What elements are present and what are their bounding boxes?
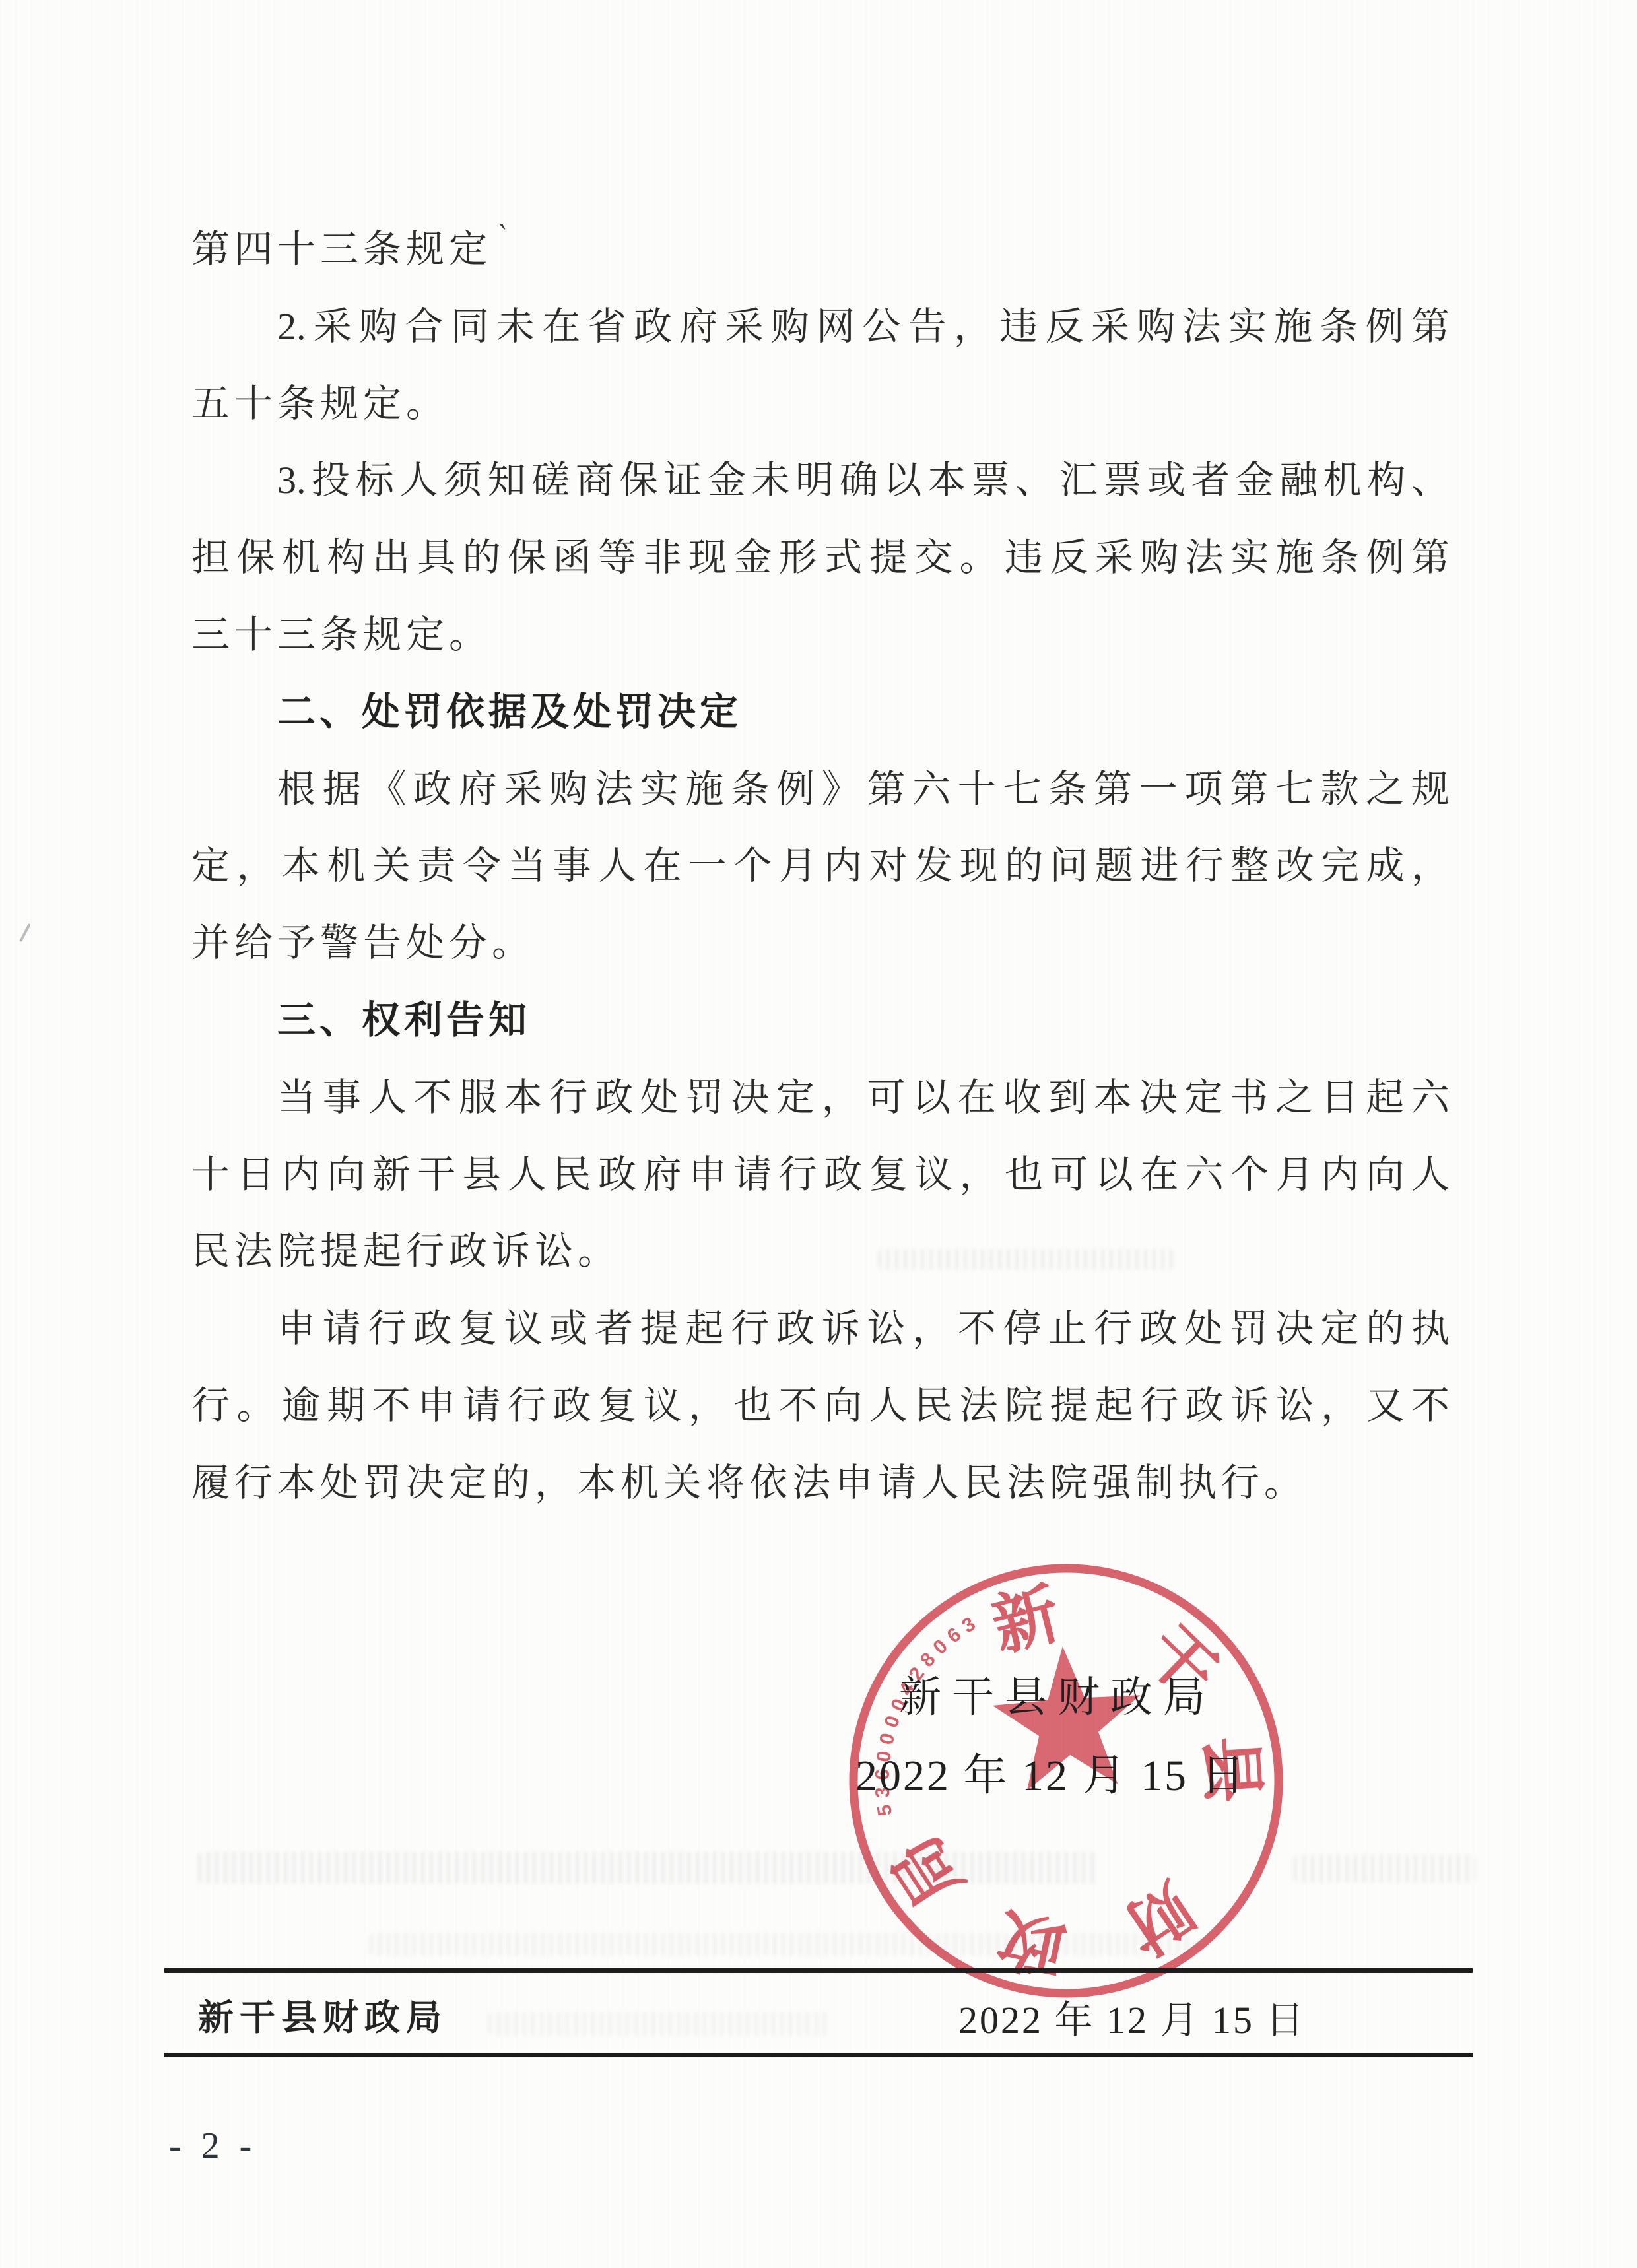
bleed-through-smudge <box>488 2012 832 2036</box>
body-text-line: 第四十三条规定 <box>191 223 492 276</box>
body-text-line: 3.投标人须知磋商保证金未明确以本票、汇票或者金融机构、 <box>277 454 1450 507</box>
svg-text:3: 3 <box>958 1613 980 1638</box>
footer-date: 2022 年 12 月 15 日 <box>958 1997 1306 2044</box>
svg-text:5: 5 <box>873 1803 896 1818</box>
edge-ink-tick <box>19 923 31 942</box>
body-text-line: 担保机构出具的保函等非现金形式提交。违反采购法实施条例第 <box>191 531 1450 584</box>
body-text-line: 履行本处罚决定的，本机关将依法申请人民法院强制执行。 <box>191 1457 1307 1510</box>
signature-agency: 新干县财政局 <box>899 1671 1216 1724</box>
document-page: { "page": { "background": "#fcfcfb", "nu… <box>0 0 1637 2268</box>
svg-text:新: 新 <box>986 1577 1067 1664</box>
stray-ink-mark: ˋ <box>494 217 509 253</box>
footer-rule-top <box>164 1968 1473 1973</box>
svg-text:8: 8 <box>916 1649 940 1671</box>
body-text-line: 申请行政复议或者提起行政诉讼，不停止行政处罚决定的执 <box>277 1302 1450 1355</box>
section-heading: 二、处罚依据及处罚决定 <box>277 686 742 739</box>
footer-issuer: 新干县财政局 <box>198 1995 448 2041</box>
body-text-line: 当事人不服本行政处罚决定，可以在收到本决定书之日起六 <box>277 1071 1450 1124</box>
body-text-line: 行。逾期不申请行政复议，也不向人民法院提起行政诉讼，又不 <box>191 1380 1450 1432</box>
signature-date: 2022 年 12 月 15 日 <box>855 1748 1247 1805</box>
body-text-line: 十日内向新干县人民政府申请行政复议，也可以在六个月内向人 <box>191 1149 1450 1201</box>
body-text-line: 并给予警告处分。 <box>191 917 535 970</box>
svg-text:6: 6 <box>943 1624 965 1648</box>
svg-text:0: 0 <box>929 1636 952 1659</box>
body-text-line: 定，本机关责令当事人在一个月内对发现的问题进行整改完成， <box>191 840 1450 892</box>
footer-rule-bottom <box>164 2053 1473 2057</box>
section-heading: 三、权利告知 <box>277 994 531 1047</box>
body-text-line: 2.采购合同未在省政府采购网公告，违反采购法实施条例第 <box>277 300 1450 353</box>
body-text-line: 根据《政府采购法实施条例》第六十七条第一项第七款之规 <box>277 763 1450 816</box>
bleed-through-smudge <box>1294 1855 1475 1883</box>
body-text-line: 五十条规定。 <box>191 378 449 430</box>
page-number: - 2 - <box>169 2123 257 2169</box>
svg-text:0: 0 <box>875 1731 899 1747</box>
bleed-through-smudge <box>878 1250 1175 1269</box>
body-text-line: 三十三条规定。 <box>191 609 492 661</box>
body-text-line: 民法院提起行政诉讼。 <box>191 1225 620 1278</box>
